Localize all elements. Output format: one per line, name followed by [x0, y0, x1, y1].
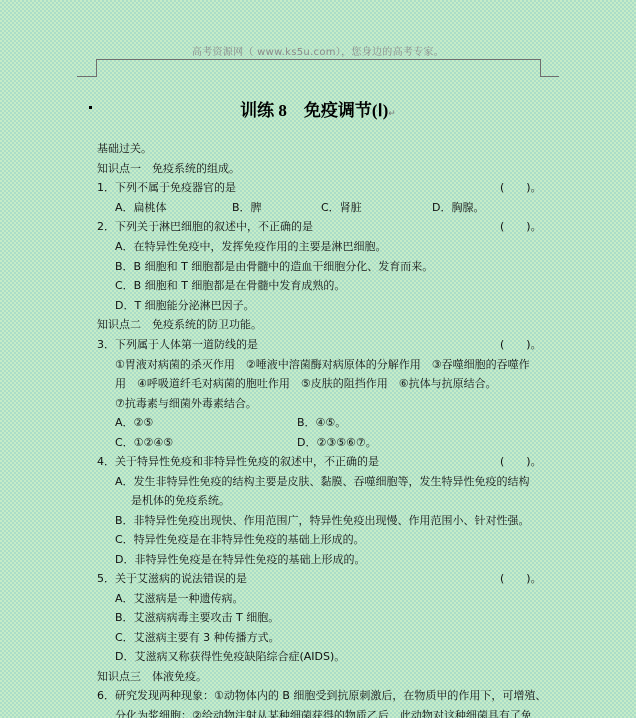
q5-option-b: B．艾滋病病毒主要攻击 T 细胞。 [115, 608, 279, 628]
question-2-stem: 2．下列关于淋巴细胞的叙述中，不正确的是 [97, 217, 313, 237]
answer-paren: ( )。 [500, 217, 542, 237]
q5-option-a: A．艾滋病是一种遗传病。 [115, 589, 244, 609]
q3-option-b: B．④⑤。 [297, 413, 346, 433]
q4-option-a-cont: 是机体的免疫系统。 [131, 491, 230, 511]
answer-paren: ( )。 [500, 569, 542, 589]
knowledge-point-1: 知识点一 免疫系统的组成。 [97, 159, 240, 179]
q4-option-c: C．特异性免疫是在非特异性免疫的基础上形成的。 [115, 530, 365, 550]
q3-body-line-3: ⑦抗毒素与细菌外毒素结合。 [115, 394, 257, 414]
question-1-stem: 1．下列不属于免疫器官的是 [97, 178, 236, 198]
q1-option-c: C．肾脏 [321, 198, 362, 218]
q3-body-line-1: ①胃液对病菌的杀灭作用 ②唾液中溶菌酶对病原体的分解作用 ③吞噬细胞的吞噬作 [115, 355, 530, 375]
question-6-stem: 6．研究发现两种现象：①动物体内的 B 细胞受到抗原刺激后，在物质甲的作用下，可… [97, 686, 546, 706]
question-5-stem: 5．关于艾滋病的说法错误的是 [97, 569, 247, 589]
q2-option-c: C．B 细胞和 T 细胞都是在骨髓中发育成熟的。 [115, 276, 345, 296]
page-title-text: 训练 8 免疫调节(Ⅰ) [240, 101, 388, 120]
q1-option-d: D．胸腺。 [432, 198, 484, 218]
q2-option-a: A．在特异性免疫中，发挥免疫作用的主要是淋巴细胞。 [115, 237, 387, 257]
knowledge-point-3: 知识点三 体液免疫。 [97, 667, 207, 687]
q3-option-a: A．②⑤ [115, 413, 153, 433]
question-3-stem: 3．下列属于人体第一道防线的是 [97, 335, 258, 355]
q1-option-a: A．扁桃体 [115, 198, 167, 218]
header-line-left-riser [96, 59, 97, 77]
q2-option-b: B．B 细胞和 T 细胞都是由骨髓中的造血干细胞分化、发育而来。 [115, 257, 433, 277]
q5-option-d: D．艾滋病又称获得性免疫缺陷综合症(AIDS)。 [115, 647, 345, 667]
q3-option-d: D．②③⑤⑥⑦。 [297, 433, 377, 453]
page-header-text: 高考资源网（ www.ks5u.com），您身边的高考专家。 [0, 43, 636, 58]
q2-option-d: D．T 细胞能分泌淋巴因子。 [115, 296, 255, 316]
answer-paren: ( )。 [500, 335, 542, 355]
q5-option-c: C．艾滋病主要有 3 种传播方式。 [115, 628, 280, 648]
paragraph-mark-icon: ↵ [388, 108, 396, 118]
q4-option-a: A．发生非特异性免疫的结构主要是皮肤、黏膜、吞噬细胞等，发生特异性免疫的结构 [115, 472, 530, 492]
q3-body-line-2: 用 ④呼吸道纤毛对病菌的胞吐作用 ⑤皮肤的阻挡作用 ⑥抗体与抗原结合。 [115, 374, 497, 394]
q1-option-b: B．脾 [232, 198, 262, 218]
q4-option-d: D．非特异性免疫是在特异性免疫的基础上形成的。 [115, 550, 365, 570]
header-line-right-riser [540, 59, 541, 77]
header-line-right-stub [540, 76, 559, 77]
q3-option-c: C．①②④⑤ [115, 433, 173, 453]
question-4-stem: 4．关于特异性免疫和非特异性免疫的叙述中，不正确的是 [97, 452, 379, 472]
q6-body-line-1: 分化为浆细胞；②给动物注射从某种细菌获得的物质乙后，此动物对这种细菌具有了免 [115, 706, 532, 718]
header-line-left-stub [77, 76, 97, 77]
knowledge-point-2: 知识点二 免疫系统的防卫功能。 [97, 315, 262, 335]
answer-paren: ( )。 [500, 178, 542, 198]
header-line-top [96, 59, 541, 60]
answer-paren: ( )。 [500, 452, 542, 472]
section-basic: 基础过关。 [97, 139, 152, 159]
page-title: 训练 8 免疫调节(Ⅰ)↵ [0, 96, 636, 121]
q4-option-b: B．非特异性免疫出现快、作用范围广，特异性免疫出现慢、作用范围小、针对性强。 [115, 511, 530, 531]
